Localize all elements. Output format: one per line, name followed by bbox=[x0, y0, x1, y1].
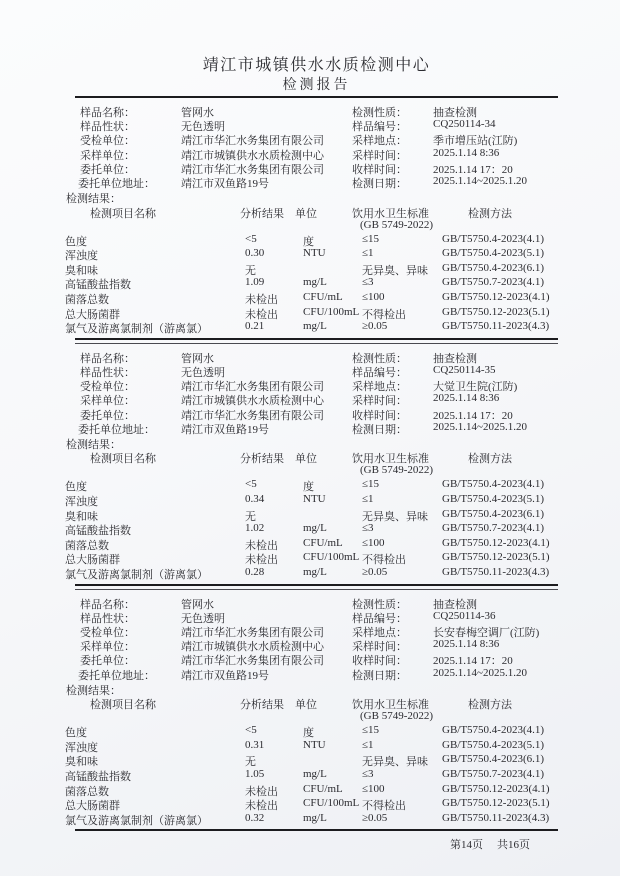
page-footer: 第14页 共16页 bbox=[0, 836, 620, 852]
result-unit: CFU/mL bbox=[303, 783, 343, 795]
sample-section: 样品名称： 管网水 检测性质： 抽查检测 样品性状： 无色透明 样品编号： CQ… bbox=[0, 98, 620, 344]
result-item-name: 高锰酸盐指数 bbox=[65, 768, 131, 784]
result-item-name: 浑浊度 bbox=[65, 247, 98, 263]
result-value: 0.28 bbox=[245, 566, 264, 578]
result-standard: ≥0.05 bbox=[362, 566, 387, 578]
result-method: GB/T5750.4-2023(6.1) bbox=[442, 262, 544, 274]
client-address-value: 靖江市双鱼路19号 bbox=[181, 421, 269, 437]
info-row: 委托单位： 靖江市华汇水务集团有限公司 收样时间： 2025.1.14 17：2… bbox=[0, 652, 620, 666]
info-row: 采样单位： 靖江市城镇供水水质检测中心 采样时间： 2025.1.14 8:36 bbox=[0, 147, 620, 161]
info-row: 采样单位： 靖江市城镇供水水质检测中心 采样时间： 2025.1.14 8:36 bbox=[0, 638, 620, 652]
result-method: GB/T5750.4-2023(5.1) bbox=[442, 247, 544, 259]
result-standard: ≤15 bbox=[362, 233, 379, 245]
column-header-method: 检测方法 bbox=[468, 205, 512, 221]
table-row: 菌落总数 未检出 CFU/mL ≤100 GB/T5750.12-2023(4.… bbox=[0, 783, 620, 798]
info-row: 样品性状： 无色透明 样品编号： CQ250114-35 bbox=[0, 364, 620, 378]
result-value: 无 bbox=[245, 508, 256, 524]
result-method: GB/T5750.12-2023(4.1) bbox=[442, 291, 550, 303]
result-value: 未检出 bbox=[245, 306, 278, 322]
info-row: 受检单位： 靖江市华汇水务集团有限公司 采样地点： 大觉卫生院(江防) bbox=[0, 378, 620, 392]
info-row: 委托单位： 靖江市华汇水务集团有限公司 收样时间： 2025.1.14 17：2… bbox=[0, 407, 620, 421]
result-standard: ≤15 bbox=[362, 724, 379, 736]
result-method: GB/T5750.4-2023(4.1) bbox=[442, 724, 544, 736]
result-standard: 无异臭、异味 bbox=[362, 262, 428, 278]
result-value: <5 bbox=[245, 724, 257, 736]
info-row: 采样单位： 靖江市城镇供水水质检测中心 采样时间： 2025.1.14 8:36 bbox=[0, 392, 620, 406]
info-row: 样品性状： 无色透明 样品编号： CQ250114-34 bbox=[0, 118, 620, 132]
column-header-standard-code: (GB 5749-2022) bbox=[360, 219, 433, 231]
info-row: 委托单位地址： 靖江市双鱼路19号 检测日期： 2025.1.14~2025.1… bbox=[0, 175, 620, 189]
info-row: 样品性状： 无色透明 样品编号： CQ250114-36 bbox=[0, 610, 620, 624]
table-row: 氯气及游离氯制剂（游离氯） 0.32 mg/L ≥0.05 GB/T5750.1… bbox=[0, 812, 620, 827]
result-standard: 不得检出 bbox=[362, 797, 406, 813]
column-header-method: 检测方法 bbox=[468, 696, 512, 712]
result-standard: ≤1 bbox=[362, 247, 374, 259]
result-item-name: 色度 bbox=[65, 233, 87, 249]
center-name-title: 靖江市城镇供水水质检测中心 bbox=[75, 56, 558, 76]
result-item-name: 臭和味 bbox=[65, 262, 98, 278]
table-row: 浑浊度 0.30 NTU ≤1 GB/T5750.4-2023(5.1) bbox=[0, 247, 620, 262]
result-value: 0.32 bbox=[245, 812, 264, 824]
column-header-unit: 单位 bbox=[295, 205, 317, 221]
result-method: GB/T5750.7-2023(4.1) bbox=[442, 768, 544, 780]
table-row: 菌落总数 未检出 CFU/mL ≤100 GB/T5750.12-2023(4.… bbox=[0, 291, 620, 306]
result-value: 无 bbox=[245, 262, 256, 278]
results-heading-row: 检测结果： bbox=[0, 190, 620, 205]
result-value: 无 bbox=[245, 753, 256, 769]
table-row: 菌落总数 未检出 CFU/mL ≤100 GB/T5750.12-2023(4.… bbox=[0, 537, 620, 552]
results-table-header: 检测项目名称 分析结果 单位 饮用水卫生标准 (GB 5749-2022) 检测… bbox=[0, 450, 620, 478]
test-date-label: 检测日期： bbox=[352, 667, 407, 683]
client-address-value: 靖江市双鱼路19号 bbox=[181, 667, 269, 683]
result-value: 未检出 bbox=[245, 537, 278, 553]
result-standard: ≤1 bbox=[362, 739, 374, 751]
column-header-result: 分析结果 bbox=[240, 450, 284, 466]
table-row: 总大肠菌群 未检出 CFU/100mL 不得检出 GB/T5750.12-202… bbox=[0, 551, 620, 566]
result-standard: 无异臭、异味 bbox=[362, 508, 428, 524]
client-address-label: 委托单位地址： bbox=[78, 175, 155, 191]
result-item-name: 高锰酸盐指数 bbox=[65, 276, 131, 292]
result-method: GB/T5750.12-2023(4.1) bbox=[442, 783, 550, 795]
info-row: 样品名称： 管网水 检测性质： 抽查检测 bbox=[0, 350, 620, 364]
result-item-name: 高锰酸盐指数 bbox=[65, 522, 131, 538]
result-value: 0.34 bbox=[245, 493, 264, 505]
column-header-unit: 单位 bbox=[295, 450, 317, 466]
column-header-item: 检测项目名称 bbox=[90, 205, 156, 221]
table-row: 高锰酸盐指数 1.09 mg/L ≤3 GB/T5750.7-2023(4.1) bbox=[0, 276, 620, 291]
result-item-name: 总大肠菌群 bbox=[65, 797, 120, 813]
result-standard: ≤3 bbox=[362, 276, 374, 288]
table-row: 臭和味 无 无异臭、异味 GB/T5750.4-2023(6.1) bbox=[0, 508, 620, 523]
result-value: <5 bbox=[245, 478, 257, 490]
sample-section: 样品名称： 管网水 检测性质： 抽查检测 样品性状： 无色透明 样品编号： CQ… bbox=[0, 344, 620, 590]
test-date-label: 检测日期： bbox=[352, 175, 407, 191]
result-method: GB/T5750.12-2023(5.1) bbox=[442, 551, 550, 563]
sample-no-value: CQ250114-34 bbox=[433, 118, 496, 130]
result-value: 0.30 bbox=[245, 247, 264, 259]
result-item-name: 浑浊度 bbox=[65, 739, 98, 755]
report-sections: 样品名称： 管网水 检测性质： 抽查检测 样品性状： 无色透明 样品编号： CQ… bbox=[0, 98, 620, 826]
result-value: 1.09 bbox=[245, 276, 264, 288]
result-value: <5 bbox=[245, 233, 257, 245]
column-header-method: 检测方法 bbox=[468, 450, 512, 466]
result-unit: NTU bbox=[303, 493, 326, 505]
column-header-result: 分析结果 bbox=[240, 696, 284, 712]
table-row: 氯气及游离氯制剂（游离氯） 0.28 mg/L ≥0.05 GB/T5750.1… bbox=[0, 566, 620, 581]
result-standard: ≤1 bbox=[362, 493, 374, 505]
result-item-name: 菌落总数 bbox=[65, 291, 109, 307]
results-table-header: 检测项目名称 分析结果 单位 饮用水卫生标准 (GB 5749-2022) 检测… bbox=[0, 205, 620, 233]
result-value: 1.02 bbox=[245, 522, 264, 534]
column-header-item: 检测项目名称 bbox=[90, 450, 156, 466]
result-unit: NTU bbox=[303, 247, 326, 259]
result-method: GB/T5750.12-2023(5.1) bbox=[442, 797, 550, 809]
result-unit: NTU bbox=[303, 739, 326, 751]
result-method: GB/T5750.7-2023(4.1) bbox=[442, 276, 544, 288]
result-value: 0.21 bbox=[245, 320, 264, 332]
info-row: 委托单位地址： 靖江市双鱼路19号 检测日期： 2025.1.14~2025.1… bbox=[0, 667, 620, 681]
table-row: 高锰酸盐指数 1.05 mg/L ≤3 GB/T5750.7-2023(4.1) bbox=[0, 768, 620, 783]
result-unit: 度 bbox=[303, 478, 314, 494]
test-date-value: 2025.1.14~2025.1.20 bbox=[433, 421, 527, 433]
result-item-name: 菌落总数 bbox=[65, 783, 109, 799]
info-row: 委托单位： 靖江市华汇水务集团有限公司 收样时间： 2025.1.14 17：2… bbox=[0, 161, 620, 175]
result-method: GB/T5750.11-2023(4.3) bbox=[442, 812, 549, 824]
column-header-standard-code: (GB 5749-2022) bbox=[360, 464, 433, 476]
result-unit: CFU/100mL bbox=[303, 797, 359, 809]
table-row: 浑浊度 0.34 NTU ≤1 GB/T5750.4-2023(5.1) bbox=[0, 493, 620, 508]
column-header-standard-code: (GB 5749-2022) bbox=[360, 710, 433, 722]
result-value: 未检出 bbox=[245, 551, 278, 567]
result-value: 未检出 bbox=[245, 797, 278, 813]
results-table-header: 检测项目名称 分析结果 单位 饮用水卫生标准 (GB 5749-2022) 检测… bbox=[0, 696, 620, 724]
result-unit: mg/L bbox=[303, 812, 327, 824]
result-method: GB/T5750.4-2023(4.1) bbox=[442, 233, 544, 245]
result-unit: mg/L bbox=[303, 768, 327, 780]
sample-no-value: CQ250114-36 bbox=[433, 610, 496, 622]
result-method: GB/T5750.11-2023(4.3) bbox=[442, 320, 549, 332]
client-address-label: 委托单位地址： bbox=[78, 421, 155, 437]
result-standard: 不得检出 bbox=[362, 551, 406, 567]
result-method: GB/T5750.4-2023(5.1) bbox=[442, 739, 544, 751]
result-standard: ≤3 bbox=[362, 768, 374, 780]
result-method: GB/T5750.4-2023(4.1) bbox=[442, 478, 544, 490]
result-item-name: 臭和味 bbox=[65, 508, 98, 524]
result-method: GB/T5750.7-2023(4.1) bbox=[442, 522, 544, 534]
table-row: 氯气及游离氯制剂（游离氯） 0.21 mg/L ≥0.05 GB/T5750.1… bbox=[0, 320, 620, 335]
result-unit: mg/L bbox=[303, 522, 327, 534]
result-value: 未检出 bbox=[245, 291, 278, 307]
result-unit: 度 bbox=[303, 233, 314, 249]
result-standard: ≤100 bbox=[362, 291, 385, 303]
result-unit: CFU/mL bbox=[303, 537, 343, 549]
result-standard: 无异臭、异味 bbox=[362, 753, 428, 769]
result-standard: 不得检出 bbox=[362, 306, 406, 322]
table-row: 色度 <5 度 ≤15 GB/T5750.4-2023(4.1) bbox=[0, 478, 620, 493]
table-row: 高锰酸盐指数 1.02 mg/L ≤3 GB/T5750.7-2023(4.1) bbox=[0, 522, 620, 537]
info-row: 样品名称： 管网水 检测性质： 抽查检测 bbox=[0, 596, 620, 610]
result-standard: ≥0.05 bbox=[362, 320, 387, 332]
result-item-name: 总大肠菌群 bbox=[65, 551, 120, 567]
result-item-name: 氯气及游离氯制剂（游离氯） bbox=[65, 320, 208, 336]
table-row: 总大肠菌群 未检出 CFU/100mL 不得检出 GB/T5750.12-202… bbox=[0, 306, 620, 321]
client-address-value: 靖江市双鱼路19号 bbox=[181, 175, 269, 191]
report-title: 检测报告 bbox=[75, 77, 558, 94]
result-method: GB/T5750.4-2023(6.1) bbox=[442, 508, 544, 520]
info-row: 受检单位： 靖江市华汇水务集团有限公司 采样地点： 季市增压站(江防) bbox=[0, 132, 620, 146]
sampling-time-value: 2025.1.14 8:36 bbox=[433, 147, 499, 159]
info-row: 委托单位地址： 靖江市双鱼路19号 检测日期： 2025.1.14~2025.1… bbox=[0, 421, 620, 435]
result-item-name: 色度 bbox=[65, 724, 87, 740]
result-item-name: 菌落总数 bbox=[65, 537, 109, 553]
report-page: 靖江市城镇供水水质检测中心 检测报告 样品名称： 管网水 检测性质： 抽查检测 … bbox=[0, 0, 620, 876]
report-header: 靖江市城镇供水水质检测中心 检测报告 bbox=[75, 0, 558, 94]
result-method: GB/T5750.12-2023(4.1) bbox=[442, 537, 550, 549]
result-standard: ≤3 bbox=[362, 522, 374, 534]
result-unit: mg/L bbox=[303, 320, 327, 332]
result-item-name: 浑浊度 bbox=[65, 493, 98, 509]
result-value: 0.31 bbox=[245, 739, 264, 751]
result-unit: 度 bbox=[303, 724, 314, 740]
table-row: 臭和味 无 无异臭、异味 GB/T5750.4-2023(6.1) bbox=[0, 753, 620, 768]
column-header-item: 检测项目名称 bbox=[90, 696, 156, 712]
results-heading-row: 检测结果： bbox=[0, 436, 620, 451]
page-number: 第14页 bbox=[450, 836, 483, 852]
result-unit: mg/L bbox=[303, 276, 327, 288]
result-item-name: 臭和味 bbox=[65, 753, 98, 769]
result-unit: CFU/100mL bbox=[303, 551, 359, 563]
column-header-result: 分析结果 bbox=[240, 205, 284, 221]
table-row: 总大肠菌群 未检出 CFU/100mL 不得检出 GB/T5750.12-202… bbox=[0, 797, 620, 812]
result-standard: ≤100 bbox=[362, 783, 385, 795]
result-method: GB/T5750.11-2023(4.3) bbox=[442, 566, 549, 578]
sampling-time-value: 2025.1.14 8:36 bbox=[433, 392, 499, 404]
result-item-name: 总大肠菌群 bbox=[65, 306, 120, 322]
result-unit: CFU/100mL bbox=[303, 306, 359, 318]
sample-section: 样品名称： 管网水 检测性质： 抽查检测 样品性状： 无色透明 样品编号： CQ… bbox=[0, 590, 620, 827]
result-unit: mg/L bbox=[303, 566, 327, 578]
result-method: GB/T5750.4-2023(5.1) bbox=[442, 493, 544, 505]
test-date-value: 2025.1.14~2025.1.20 bbox=[433, 175, 527, 187]
result-value: 未检出 bbox=[245, 783, 278, 799]
footer-rule bbox=[75, 829, 558, 831]
result-item-name: 氯气及游离氯制剂（游离氯） bbox=[65, 566, 208, 582]
result-method: GB/T5750.12-2023(5.1) bbox=[442, 306, 550, 318]
table-row: 色度 <5 度 ≤15 GB/T5750.4-2023(4.1) bbox=[0, 233, 620, 248]
result-standard: ≥0.05 bbox=[362, 812, 387, 824]
results-heading-row: 检测结果： bbox=[0, 682, 620, 697]
page-total: 共16页 bbox=[497, 836, 530, 852]
test-date-label: 检测日期： bbox=[352, 421, 407, 437]
test-date-value: 2025.1.14~2025.1.20 bbox=[433, 667, 527, 679]
table-row: 色度 <5 度 ≤15 GB/T5750.4-2023(4.1) bbox=[0, 724, 620, 739]
table-row: 臭和味 无 无异臭、异味 GB/T5750.4-2023(6.1) bbox=[0, 262, 620, 277]
result-standard: ≤15 bbox=[362, 478, 379, 490]
result-value: 1.05 bbox=[245, 768, 264, 780]
info-row: 受检单位： 靖江市华汇水务集团有限公司 采样地点： 长安春梅空调厂(江防) bbox=[0, 624, 620, 638]
table-row: 浑浊度 0.31 NTU ≤1 GB/T5750.4-2023(5.1) bbox=[0, 739, 620, 754]
result-unit: CFU/mL bbox=[303, 291, 343, 303]
result-item-name: 氯气及游离氯制剂（游离氯） bbox=[65, 812, 208, 828]
result-item-name: 色度 bbox=[65, 478, 87, 494]
sample-no-value: CQ250114-35 bbox=[433, 364, 496, 376]
client-address-label: 委托单位地址： bbox=[78, 667, 155, 683]
sampling-time-value: 2025.1.14 8:36 bbox=[433, 638, 499, 650]
result-method: GB/T5750.4-2023(6.1) bbox=[442, 753, 544, 765]
info-row: 样品名称： 管网水 检测性质： 抽查检测 bbox=[0, 104, 620, 118]
column-header-unit: 单位 bbox=[295, 696, 317, 712]
result-standard: ≤100 bbox=[362, 537, 385, 549]
